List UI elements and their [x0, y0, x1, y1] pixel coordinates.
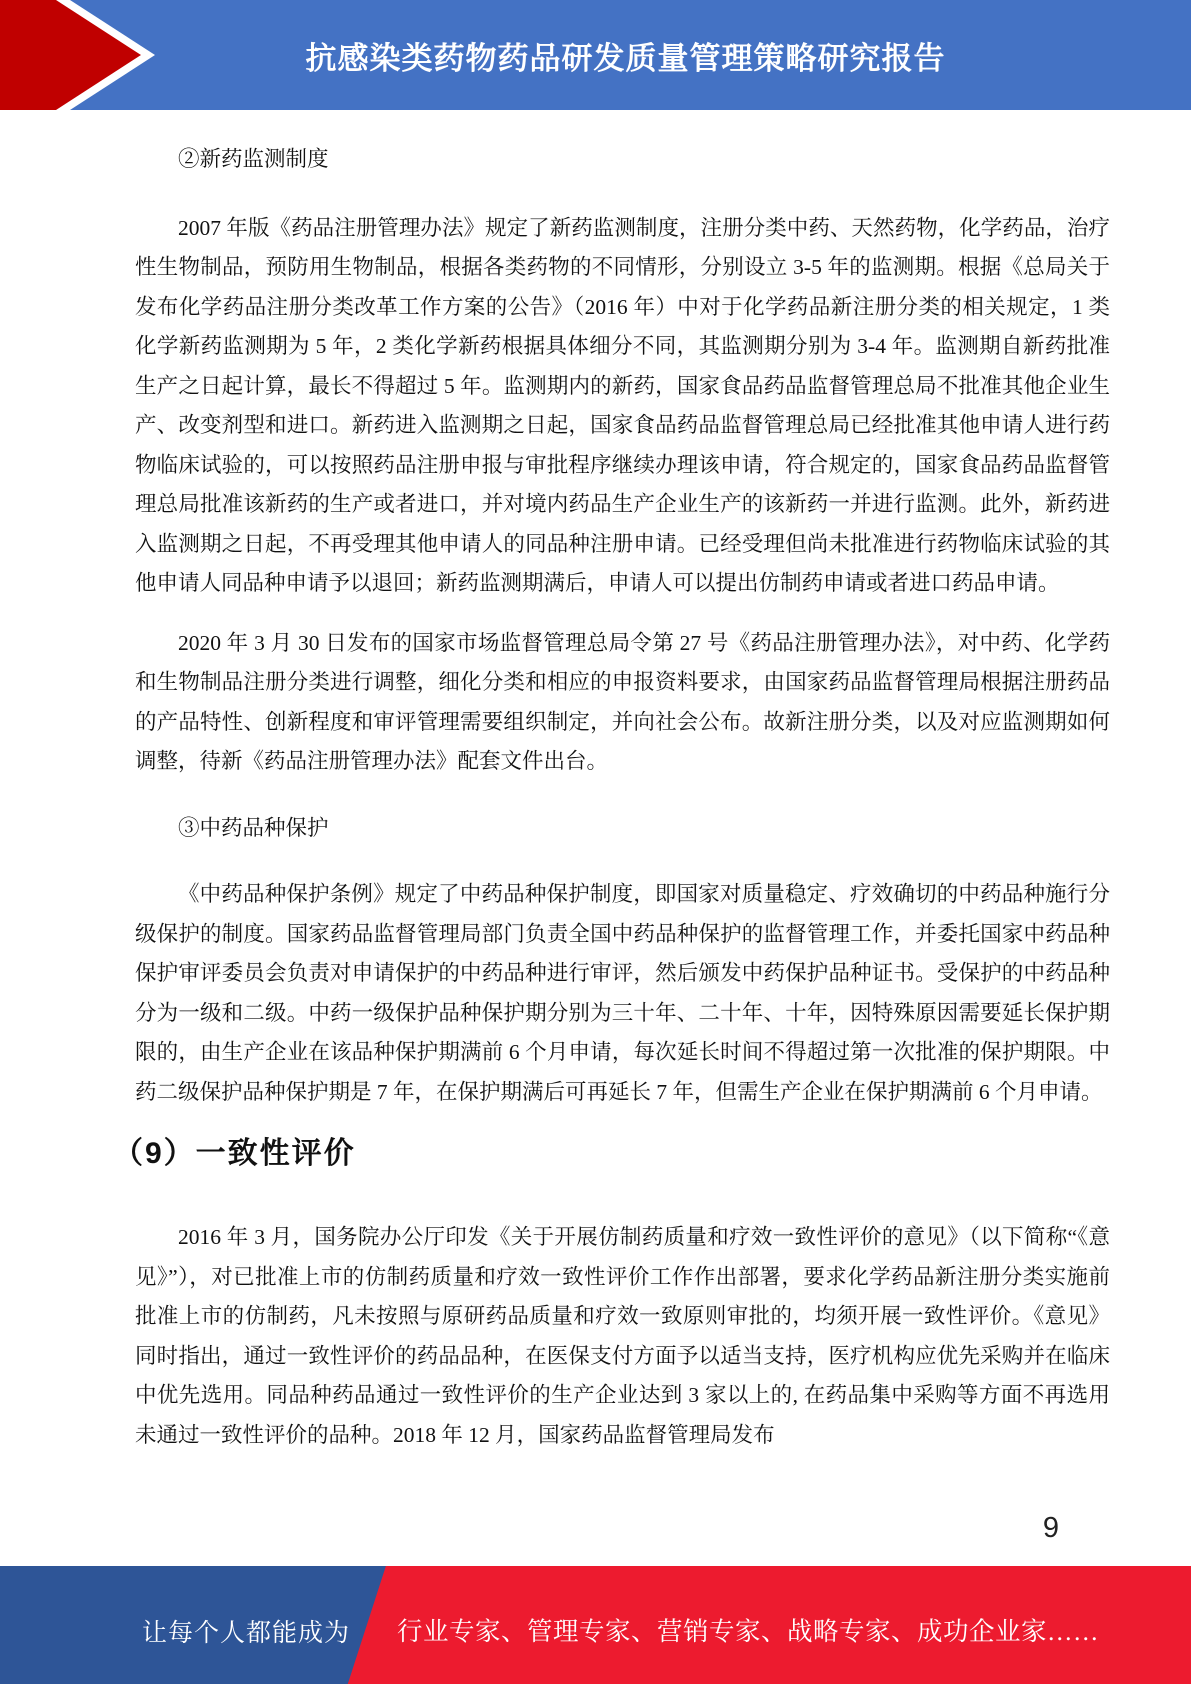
subheading-new-drug-monitoring: ②新药监测制度 — [135, 140, 1110, 180]
paragraph-tcm-protection: 《中药品种保护条例》规定了中药品种保护制度，即国家对质量稳定、疗效确切的中药品种… — [135, 875, 1110, 1112]
paragraph-consistency-evaluation: 2016 年 3 月，国务院办公厅印发《关于开展仿制药质量和疗效一致性评价的意见… — [135, 1218, 1110, 1455]
subheading-tcm-variety-protection: ③中药品种保护 — [135, 809, 1110, 849]
paragraph-2020-regulation: 2020 年 3 月 30 日发布的国家市场监督管理总局令第 27 号《药品注册… — [135, 624, 1110, 782]
footer-slogan-right: 行业专家、管理专家、营销专家、战略专家、成功企业家…… — [397, 1612, 1099, 1648]
page-number: 9 — [1043, 1512, 1059, 1545]
paragraph-2007-regulation: 2007 年版《药品注册管理办法》规定了新药监测制度，注册分类中药、天然药物，化… — [135, 209, 1110, 604]
section-heading-consistency-evaluation: （9）一致性评价 — [113, 1134, 1110, 1174]
document-body: ②新药监测制度 2007 年版《药品注册管理办法》规定了新药监测制度，注册分类中… — [135, 110, 1110, 1455]
header-banner: 抗感染类药物药品研发质量管理策略研究报告 — [0, 0, 1191, 110]
report-title: 抗感染类药物药品研发质量管理策略研究报告 — [0, 0, 1191, 110]
footer-slogan-left: 让每个人都能成为 — [142, 1613, 350, 1649]
footer-banner: 让每个人都能成为 行业专家、管理专家、营销专家、战略专家、成功企业家…… — [0, 1566, 1191, 1684]
